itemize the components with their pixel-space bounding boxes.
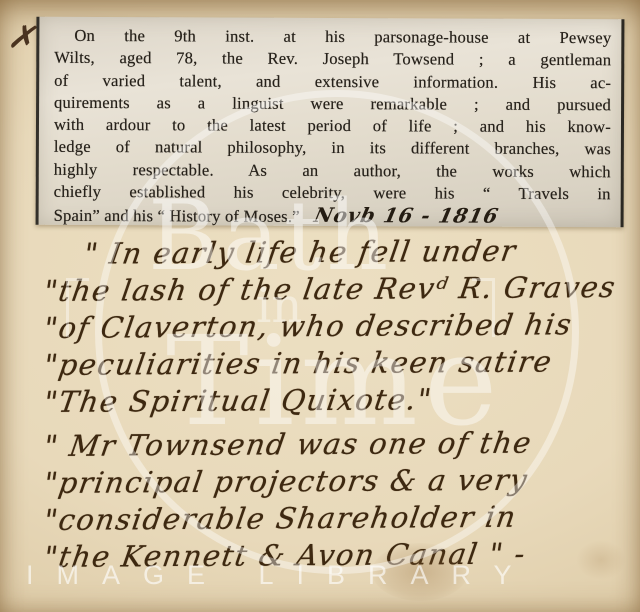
- paper-stain: [372, 543, 468, 601]
- handwriting-line: "considerable Shareholder in: [41, 498, 639, 539]
- handwriting-line: "of Claverton, who described his: [41, 306, 639, 347]
- clipping-line: chiefly established his celebrity, were …: [54, 181, 611, 206]
- clipping-line: ledge of natural philosophy, in its diff…: [54, 136, 611, 161]
- clipping-line: with ardour to the latest period of life…: [54, 114, 611, 139]
- handwriting-line: " Mr Townsend was one of the: [41, 424, 639, 465]
- newspaper-clipping: On the 9th inst. at his parsonage-house …: [36, 17, 625, 228]
- clipping-line: Wilts, aged 78, the Rev. Joseph Towsend …: [54, 47, 611, 72]
- handwritten-date-annotation: Novb 16 - 1816: [312, 204, 501, 227]
- clipping-line: of varied talent, and extensive informat…: [54, 69, 611, 94]
- handwriting-line: "principal projectors & a very: [41, 461, 639, 502]
- clipping-line: On the 9th inst. at his parsonage-house …: [54, 25, 611, 50]
- clipping-line: highly respectable. As an author, the wo…: [54, 159, 611, 184]
- scanned-document-page: ✗ On the 9th inst. at his parsonage-hous…: [0, 0, 640, 612]
- handwriting-line: "The Spiritual Quixote.": [41, 380, 639, 421]
- handwritten-note: " In early life he fell under "the lash …: [44, 236, 636, 576]
- clipping-line: Spain” and his “ History of Moses.” Novb…: [54, 203, 611, 230]
- clipping-line: quirements as a linguist were remarkable…: [54, 92, 611, 117]
- handwriting-line: "the Kennett & Avon Canal " -: [41, 535, 639, 576]
- paper-stain: [576, 540, 626, 580]
- handwriting-line: " In early life he fell under: [41, 232, 639, 273]
- clipping-last-line-text: Spain” and his “ History of Moses.”: [54, 206, 300, 226]
- handwriting-line: "the lash of the late Revᵈ R. Graves: [41, 269, 639, 310]
- handwriting-line: "peculiarities in his keen satire: [41, 343, 639, 384]
